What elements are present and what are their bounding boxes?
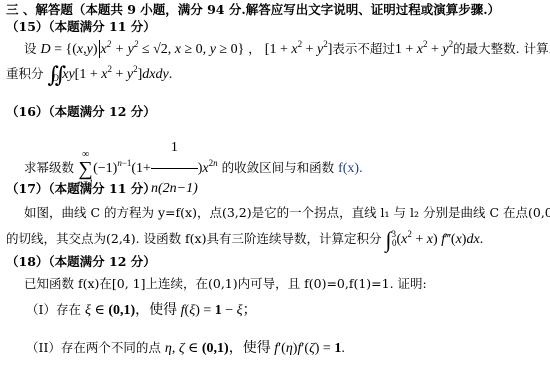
math: ξ ∈ (0,1)，使得 f(ξ) = 1 − ξ；	[85, 303, 257, 318]
xy: x,y	[77, 42, 93, 57]
sqrt2: √2,	[153, 42, 175, 57]
problem-18-intro: 已知函数 f(x)在[0, 1]上连续，在(0,1)内可导，且 f(0)=0,f…	[24, 276, 427, 292]
text-4: 的最大整数. 计算二	[453, 41, 550, 56]
text-2: 的收敛区间与和函数	[222, 160, 335, 175]
math: η, ζ ∈ (0,1)，使得 f′(η)f′(ζ) = 1.	[165, 341, 345, 356]
set-definition: D	[41, 42, 51, 57]
cond-5: ≥ 0}	[216, 42, 244, 57]
section-title: 三 、解答题（本题共 9 小题，满分 94 分.解答应写出文字说明、证明过程或演…	[6, 2, 500, 18]
comma: ，	[248, 41, 261, 56]
cond-3: ≥ 0,	[181, 42, 210, 57]
text: 设	[24, 41, 37, 56]
cond: x2 + y2 ≤	[101, 42, 154, 57]
text-3: 表示不超过	[332, 41, 395, 56]
func: f(x).	[338, 161, 363, 176]
definite-integral: ∫30(x2 + x) f‴(x)dx.	[385, 232, 483, 247]
equals: = {(	[51, 42, 77, 57]
problem-16-header: （16）（本题满分 12 分）	[6, 104, 156, 120]
problem-17-line-2: 的切线，其交点为(2,4). 设函数 f(x)具有三阶连续导数，计算定积分 ∫3…	[6, 231, 483, 248]
problem-15-line-2: 重积分 ∬D xy[1 + x2 + y2]dxdy.	[6, 66, 172, 83]
problem-18-part-1: （I）存在 ξ ∈ (0,1)，使得 f(ξ) = 1 − ξ；	[26, 302, 257, 319]
bracket-expr: [1 + x2 + y2]	[265, 42, 333, 57]
paren: )	[93, 42, 98, 57]
divider	[99, 40, 100, 58]
expr-2: 1 + x2 + y2	[395, 42, 453, 57]
text: 的切线，其交点为(2,4). 设函数 f(x)具有三阶连续导数，计算定积分	[6, 231, 381, 246]
problem-18-header: （18）（本题满分 12 分）	[6, 254, 156, 270]
problem-15-header: （15）（本题满分 11 分）	[6, 19, 156, 35]
text-5: 重积分	[6, 66, 44, 81]
problem-17-line-1: 如图，曲线 C 的方程为 y=f(x)，点(3,2)是它的一个拐点，直线 l₁ …	[24, 205, 550, 221]
problem-15-line-1: 设 D = {(x,y)x2 + y2 ≤ √2, x ≥ 0, y ≥ 0} …	[24, 40, 550, 58]
problem-18-part-2: （II）存在两个不同的点 η, ζ ∈ (0,1)，使得 f′(η)f′(ζ) …	[26, 340, 345, 357]
series-tail: )x2n	[198, 161, 218, 176]
text: 求幂级数	[24, 160, 74, 175]
label: （I）存在	[26, 302, 81, 317]
problem-17-header: （17）（本题满分 11 分）	[6, 181, 156, 197]
double-integral: ∬D xy[1 + x2 + y2]dxdy.	[48, 67, 173, 82]
label: （II）存在两个不同的点	[26, 340, 161, 355]
fraction: 1n(2n−1)	[151, 128, 198, 209]
series-body: (−1)n−1(1+	[93, 161, 151, 176]
